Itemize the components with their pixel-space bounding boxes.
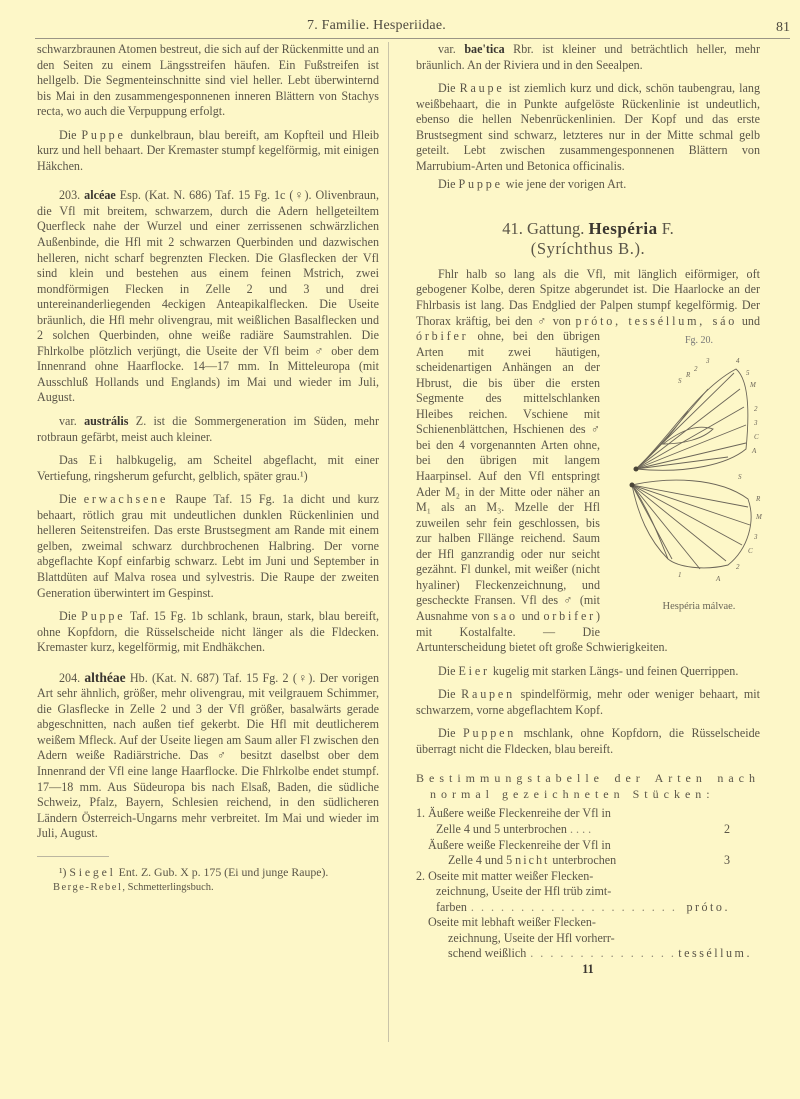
svg-text:R: R	[755, 495, 761, 503]
printer-signature: 11	[416, 962, 760, 978]
book-page: 7. Familie. Hesperiidae. 81 schwarzbraun…	[0, 0, 800, 1099]
figure-wing-venation: Fg. 20.32R45M23CASSRM3C2A1Hespéria málva…	[608, 333, 768, 631]
paragraph-larva-baetica: Die Raupe ist ziemlich kurz und dick, sc…	[416, 81, 760, 174]
svg-text:A: A	[751, 447, 757, 455]
key-entry-1a: 1. Äußere weiße Fleckenreihe der Vfl in …	[416, 806, 760, 837]
genus-heading: 41. Gattung. Hespéria F.	[416, 219, 760, 239]
svg-text:M: M	[749, 381, 757, 389]
right-column: var. bae'tica Rbr. ist kleiner und beträ…	[416, 42, 760, 977]
key-target: próto.	[686, 900, 730, 916]
svg-text:C: C	[748, 547, 753, 555]
svg-text:3: 3	[753, 533, 758, 541]
variety-australis: var. austrális Z. ist die Sommergenerati…	[37, 414, 379, 445]
svg-text:3: 3	[705, 357, 710, 365]
running-header: 7. Familie. Hesperiidae. 81	[35, 18, 790, 39]
identification-key: Bestimmungstabelle der Arten nach normal…	[416, 771, 760, 977]
svg-text:M: M	[755, 513, 763, 521]
source-line: Berge-Rebel, Schmetterlingsbuch.	[53, 880, 379, 896]
genus-synonym: (Syríchthus B.).	[416, 239, 760, 259]
key-entry-2a: 2. Oseite mit matter weißer Flecken- zei…	[416, 869, 760, 916]
page-number: 81	[776, 20, 790, 36]
running-title: 7. Familie. Hesperiidae.	[307, 18, 446, 34]
key-title-line-1: Bestimmungstabelle der Arten nach	[416, 771, 760, 787]
figure-label: Fg. 20.	[608, 333, 768, 349]
svg-text:A: A	[715, 575, 721, 583]
svg-text:S: S	[678, 377, 682, 385]
svg-text:2: 2	[754, 405, 758, 413]
genus-description: Fhlr halb so lang als die Vfl, mit längl…	[416, 267, 760, 656]
paragraph-pupa-2: Die Puppe Taf. 15 Fg. 1b schlank, braun,…	[37, 609, 379, 656]
paragraph-pupa: Die Puppe dunkelbraun, blau bereift, am …	[37, 128, 379, 175]
svg-text:C: C	[754, 433, 759, 441]
paragraph-continuation: schwarzbraunen Atomen bestreut, die sich…	[37, 42, 379, 120]
footnote-rule	[37, 856, 109, 857]
species-name: althéae	[84, 670, 125, 685]
wing-venation-diagram: 32R45M23CASSRM3C2A1	[608, 349, 768, 599]
svg-text:2: 2	[736, 563, 740, 571]
paragraph-eggs: Die Eier kugelig mit starken Längs- und …	[416, 664, 760, 680]
svg-text:4: 4	[736, 357, 740, 365]
variety-baetica: var. bae'tica Rbr. ist kleiner und beträ…	[416, 42, 760, 73]
key-entry-1b: Äußere weiße Fleckenreihe der Vfl in Zel…	[416, 838, 760, 869]
paragraph-egg: Das Ei halbkugelig, am Scheitel abgeflac…	[37, 453, 379, 484]
svg-text:2: 2	[694, 365, 698, 373]
paragraph-pupa-baetica: Die Puppe wie jene der vorigen Art.	[416, 177, 760, 193]
species-204-entry: 204. althéae Hb. (Kat. N. 687) Taf. 15 F…	[37, 670, 379, 842]
paragraph-larvae: Die Raupen spindelförmig, mehr oder weni…	[416, 687, 760, 718]
species-name: alcéae	[84, 188, 116, 202]
svg-text:1: 1	[678, 571, 682, 579]
key-target: tesséllum.	[678, 946, 752, 962]
figure-caption: Hespéria málvae.	[608, 599, 768, 615]
paragraph-pupae: Die Puppen mschlank, ohne Kopfdorn, die …	[416, 726, 760, 757]
column-divider	[388, 42, 389, 1042]
svg-text:5: 5	[746, 369, 750, 377]
species-203-entry: 203. alcéae Esp. (Kat. N. 686) Taf. 15 F…	[37, 188, 379, 406]
svg-text:S: S	[738, 473, 742, 481]
key-target: 2	[724, 822, 730, 838]
footnote: ¹) Siegel Ent. Z. Gub. X p. 175 (Ei und …	[37, 865, 379, 881]
left-column: schwarzbraunen Atomen bestreut, die sich…	[37, 42, 379, 896]
genus-name: Hespéria	[588, 219, 657, 238]
key-target: 3	[724, 853, 730, 869]
key-title-line-2: normal gezeichneten Stücken:	[416, 787, 760, 803]
paragraph-larva: Die erwachsene Raupe Taf. 15 Fg. 1a dich…	[37, 492, 379, 601]
key-entry-2b: Oseite mit lebhaft weißer Flecken- zeich…	[416, 915, 760, 962]
svg-text:3: 3	[753, 419, 758, 427]
svg-text:R: R	[685, 371, 691, 379]
